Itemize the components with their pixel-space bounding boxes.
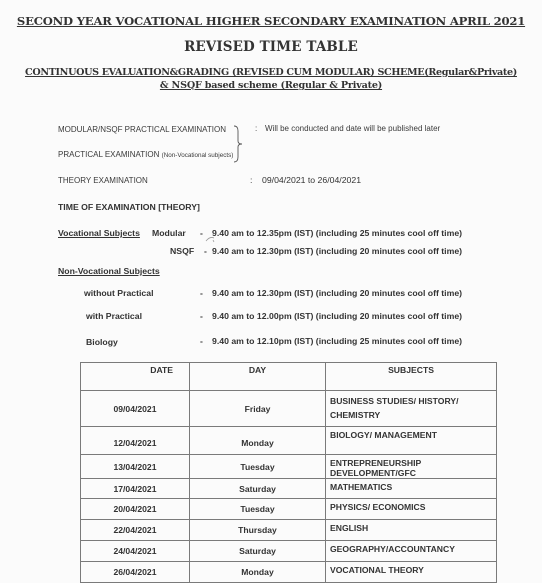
cell-date: 09/04/2021 xyxy=(81,391,190,427)
schedule-table: DATE DAY SUBJECTS 09/04/2021 Friday BUSI… xyxy=(80,362,497,583)
timing-without-practical: 9.40 am to 12.30pm (IST) (including 20 m… xyxy=(212,288,462,298)
cell-date: 12/04/2021 xyxy=(81,427,190,455)
cell-date: 24/04/2021 xyxy=(81,541,190,562)
nonvoc-practical-label: PRACTICAL EXAMINATION (Non-Vocational su… xyxy=(58,150,233,159)
timing-label-nsqf: NSQF xyxy=(170,246,194,256)
cell-date: 22/04/2021 xyxy=(81,520,190,541)
cell-subjects: BIOLOGY/ MANAGEMENT xyxy=(326,427,497,455)
cell-day: Tuesday xyxy=(190,499,326,520)
theory-label: THEORY EXAMINATION xyxy=(58,176,148,185)
practical-note: Will be conducted and date will be publi… xyxy=(265,124,440,133)
theory-separator: : xyxy=(250,175,252,185)
table-row: 26/04/2021 Monday VOCATIONAL THEORY xyxy=(81,562,497,583)
modular-practical-label: MODULAR/NSQF PRACTICAL EXAMINATION xyxy=(58,125,226,134)
table-row: 17/04/2021 Saturday MATHEMATICS xyxy=(81,479,497,499)
cell-date: 20/04/2021 xyxy=(81,499,190,520)
table-row: 09/04/2021 Friday BUSINESS STUDIES/ HIST… xyxy=(81,391,497,427)
col-date: DATE xyxy=(81,363,190,391)
theory-range: 09/04/2021 to 26/04/2021 xyxy=(262,175,361,185)
cell-date: 13/04/2021 xyxy=(81,455,190,479)
cell-subjects: BUSINESS STUDIES/ HISTORY/ CHEMISTRY xyxy=(326,391,497,427)
cell-day: Tuesday xyxy=(190,455,326,479)
cell-subjects: PHYSICS/ ECONOMICS xyxy=(326,499,497,520)
table-row: 13/04/2021 Tuesday ENTREPRENEURSHIP DEVE… xyxy=(81,455,497,479)
table-header-row: DATE DAY SUBJECTS xyxy=(81,363,497,391)
cell-day: Saturday xyxy=(190,541,326,562)
table-row: 22/04/2021 Thursday ENGLISH xyxy=(81,520,497,541)
doc-title: REVISED TIME TABLE xyxy=(0,39,542,55)
vocational-label: Vocational Subjects xyxy=(58,228,140,238)
cell-day: Thursday xyxy=(190,520,326,541)
cell-subjects: ENGLISH xyxy=(326,520,497,541)
cell-date: 17/04/2021 xyxy=(81,479,190,499)
practical-separator: : xyxy=(255,124,257,133)
timing-nsqf: 9.40 am to 12.30pm (IST) (including 20 m… xyxy=(212,246,462,256)
cell-day: Monday xyxy=(190,562,326,583)
non-vocational-label: Non-Vocational Subjects xyxy=(58,266,160,276)
timing-label-with-practical: with Practical xyxy=(86,311,142,321)
timing-biology: 9.40 am to 12.10pm (IST) (including 25 m… xyxy=(212,336,462,346)
dash: - xyxy=(200,228,203,238)
timing-modular: 9.40 am to 12.35pm (IST) (including 25 m… xyxy=(212,228,462,238)
cell-day: Friday xyxy=(190,391,326,427)
exam-title: SECOND YEAR VOCATIONAL HIGHER SECONDARY … xyxy=(0,14,542,28)
cell-day: Monday xyxy=(190,427,326,455)
pen-mark-icon xyxy=(204,234,218,244)
col-day: DAY xyxy=(190,363,326,391)
cell-subjects: GEOGRAPHY/ACCOUNTANCY xyxy=(326,541,497,562)
scheme-line-2: & NSQF based scheme (Regular & Private) xyxy=(0,80,542,91)
table-row: 12/04/2021 Monday BIOLOGY/ MANAGEMENT xyxy=(81,427,497,455)
timing-heading: TIME OF EXAMINATION [THEORY] xyxy=(58,202,200,212)
dash: - xyxy=(204,246,207,256)
timing-label-modular: Modular xyxy=(152,228,186,238)
col-subjects: SUBJECTS xyxy=(326,363,497,391)
scheme-line-1: CONTINUOUS EVALUATION&GRADING (REVISED C… xyxy=(0,67,542,78)
table-row: 24/04/2021 Saturday GEOGRAPHY/ACCOUNTANC… xyxy=(81,541,497,562)
cell-date: 26/04/2021 xyxy=(81,562,190,583)
cell-subjects: MATHEMATICS xyxy=(326,479,497,499)
dash: - xyxy=(200,336,203,346)
timing-label-biology: Biology xyxy=(86,337,118,347)
timing-with-practical: 9.40 am to 12.00pm (IST) (including 20 m… xyxy=(212,311,462,321)
dash: - xyxy=(200,288,203,298)
brace-icon xyxy=(233,125,243,163)
table-row: 20/04/2021 Tuesday PHYSICS/ ECONOMICS xyxy=(81,499,497,520)
dash: - xyxy=(200,311,203,321)
cell-day: Saturday xyxy=(190,479,326,499)
timing-label-without-practical: without Practical xyxy=(84,288,154,298)
nonvoc-practical-note: (Non-Vocational subjects) xyxy=(162,152,234,159)
cell-subjects: ENTREPRENEURSHIP DEVELOPMENT/GFC xyxy=(326,455,497,479)
cell-subjects: VOCATIONAL THEORY xyxy=(326,562,497,583)
nonvoc-practical-title: PRACTICAL EXAMINATION xyxy=(58,150,159,159)
